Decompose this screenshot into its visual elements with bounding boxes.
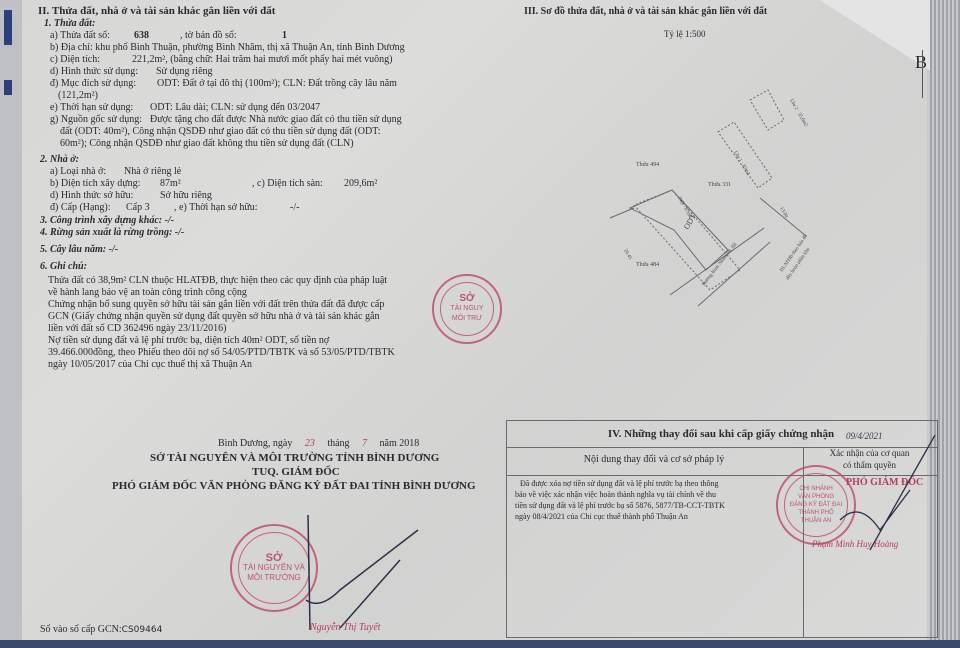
- page-left-edge: [0, 0, 22, 648]
- notes-heading: 6. Ghi chú:: [40, 261, 87, 273]
- ink-mark: [4, 10, 12, 45]
- confirm-signer-name: Phạm Minh Huy Hoàng: [812, 538, 898, 550]
- authorization-line: TUQ. GIÁM ĐỐC: [252, 466, 340, 478]
- land-origin-label: g) Nguồn gốc sử dụng:: [50, 114, 142, 126]
- north-indicator: B: [915, 56, 927, 68]
- signing-month: 7: [352, 438, 377, 449]
- land-origin-value-3: 60m²); Công nhận QSDĐ như giao đất không…: [60, 138, 354, 150]
- note-line: GCN (Giấy chứng nhận quyền sử dụng đất q…: [48, 311, 380, 323]
- note-line: 39.466.000đồng, theo Phiếu theo dõi nợ s…: [48, 347, 395, 359]
- land-use-term-label: e) Thời hạn sử dụng:: [50, 102, 133, 114]
- map-sheet-label: , tờ bản đồ số:: [180, 30, 237, 42]
- house-heading: 2. Nhà ở:: [40, 154, 79, 166]
- signer-title: PHÓ GIÁM ĐỐC VĂN PHÒNG ĐĂNG KÝ ĐẤT ĐAI T…: [112, 480, 476, 492]
- ownership-form-label: d) Hình thức sở hữu:: [50, 190, 133, 202]
- note-line: Thửa đất có 38,9m² CLN thuộc HLATĐB, thự…: [48, 275, 387, 287]
- col-content-header: Nội dung thay đổi và cơ sở pháp lý: [506, 454, 802, 466]
- register-number: Số vào sổ cấp GCN:CS09464: [40, 624, 162, 636]
- svg-text:Lầu 1 · 87m2: Lầu 1 · 87m2: [732, 151, 750, 177]
- house-grade-label: đ) Cấp (Hạng):: [50, 202, 111, 214]
- map-scale: Tỷ lệ 1:500: [664, 28, 706, 40]
- house-type-value: Nhà ở riêng lẻ: [124, 166, 181, 178]
- page-bottom-edge: [0, 640, 960, 648]
- land-origin-value-2: đất (ODT: 40m²), Công nhận QSDĐ như giao…: [60, 126, 381, 138]
- land-use-purpose-label: đ) Mục đích sử dụng:: [50, 78, 136, 90]
- land-address: b) Địa chỉ: khu phố Bình Thuận, phường B…: [50, 42, 405, 54]
- signing-place-date: Bình Dương, ngày 23 tháng 7 năm 2018: [218, 438, 419, 450]
- land-plot-diagram: Thửa 494 Thửa 331 Thửa 484 ODT Đường Bìn…: [600, 80, 860, 310]
- ownership-form-value: Sở hữu riêng: [160, 190, 212, 202]
- land-heading: 1. Thửa đất:: [44, 18, 95, 30]
- signing-day: 23: [295, 438, 325, 449]
- construction-area-label: b) Diện tích xây dựng:: [50, 178, 140, 190]
- signature-stroke: [300, 510, 430, 640]
- land-origin-value: Được tặng cho đất được Nhà nước giao đất…: [150, 114, 402, 126]
- land-use-purpose-value: ODT: Đất ở tại đô thị (100m²); CLN: Đất …: [157, 78, 397, 90]
- floor-area-label: , c) Diện tích sàn:: [252, 178, 323, 190]
- land-parcel-label: a) Thửa đất số:: [50, 30, 110, 42]
- svg-text:20.45: 20.45: [622, 249, 632, 262]
- official-stamp-small: SỞ TÀI NGUY MÔI TRƯ: [432, 274, 502, 344]
- land-use-purpose-value-cont: (121,2m²): [58, 90, 98, 102]
- land-use-form-value: Sử dụng riêng: [156, 66, 213, 78]
- svg-text:Thửa 331: Thửa 331: [708, 182, 731, 188]
- land-use-term-value: ODT: Lâu dài; CLN: sử dụng đến 03/2047: [150, 102, 320, 114]
- section2-title: II. Thửa đất, nhà ở và tài sản khác gắn …: [38, 5, 275, 17]
- register-number-value: CS09464: [122, 625, 163, 635]
- land-parcel-number: 638: [134, 30, 149, 42]
- svg-text:Thửa 494: Thửa 494: [636, 162, 659, 168]
- svg-text:Trệt · 87m2: Trệt · 87m2: [676, 197, 692, 220]
- note-line: ngày 10/05/2017 của Chi cục thuế thị xã …: [48, 359, 252, 371]
- land-area-value: 221,2m², (bằng chữ: Hai trăm hai mươi mố…: [132, 54, 392, 66]
- map-sheet-number: 1: [282, 30, 287, 42]
- change-line: ngày 08/4/2021 của Chi cục thuế thành ph…: [515, 511, 688, 523]
- issuing-organization: SỞ TÀI NGUYÊN VÀ MÔI TRƯỜNG TỈNH BÌNH DƯ…: [150, 452, 439, 464]
- svg-text:Lầu 2 · 35,6m2: Lầu 2 · 35,6m2: [788, 99, 808, 129]
- ink-mark: [4, 80, 12, 95]
- svg-text:Thửa 484: Thửa 484: [636, 262, 659, 268]
- ownership-term-value: -/-: [290, 202, 299, 214]
- signer-name: Nguyễn Thị Tuyết: [310, 622, 381, 634]
- note-line: Nợ tiền sử dụng đất và lệ phí trước bạ, …: [48, 335, 329, 347]
- note-line: về hành lang bảo vệ an toàn công trình c…: [48, 287, 247, 299]
- land-use-form-label: d) Hình thức sử dụng:: [50, 66, 138, 78]
- planted-forest: 4. Rừng sản xuất là rừng trồng: -/-: [40, 227, 184, 239]
- construction-area-value: 87m²: [160, 178, 181, 190]
- section3-title: III. Sơ đồ thửa đất, nhà ở và tài sản kh…: [524, 6, 767, 18]
- perennial-trees: 5. Cây lâu năm: -/-: [40, 244, 118, 256]
- note-line: Chứng nhận bổ sung quyền sở hữu tài sản …: [48, 299, 384, 311]
- north-arrow-line: [922, 50, 923, 98]
- house-grade-value: Cấp 3: [126, 202, 150, 214]
- svg-text:Đường Bình Nhâm 98, đất: Đường Bình Nhâm 98, đất: [702, 242, 739, 288]
- other-constructions: 3. Công trình xây dựng khác: -/-: [40, 215, 174, 227]
- house-type-label: a) Loại nhà ở:: [50, 166, 106, 178]
- ownership-term-label: , e) Thời hạn sở hữu:: [174, 202, 258, 214]
- floor-area-value: 209,6m²: [344, 178, 377, 190]
- land-area-label: c) Diện tích:: [50, 54, 100, 66]
- svg-text:13.00: 13.00: [778, 207, 788, 220]
- note-line: liền với đất số CD 362496 ngày 23/11/201…: [48, 323, 227, 335]
